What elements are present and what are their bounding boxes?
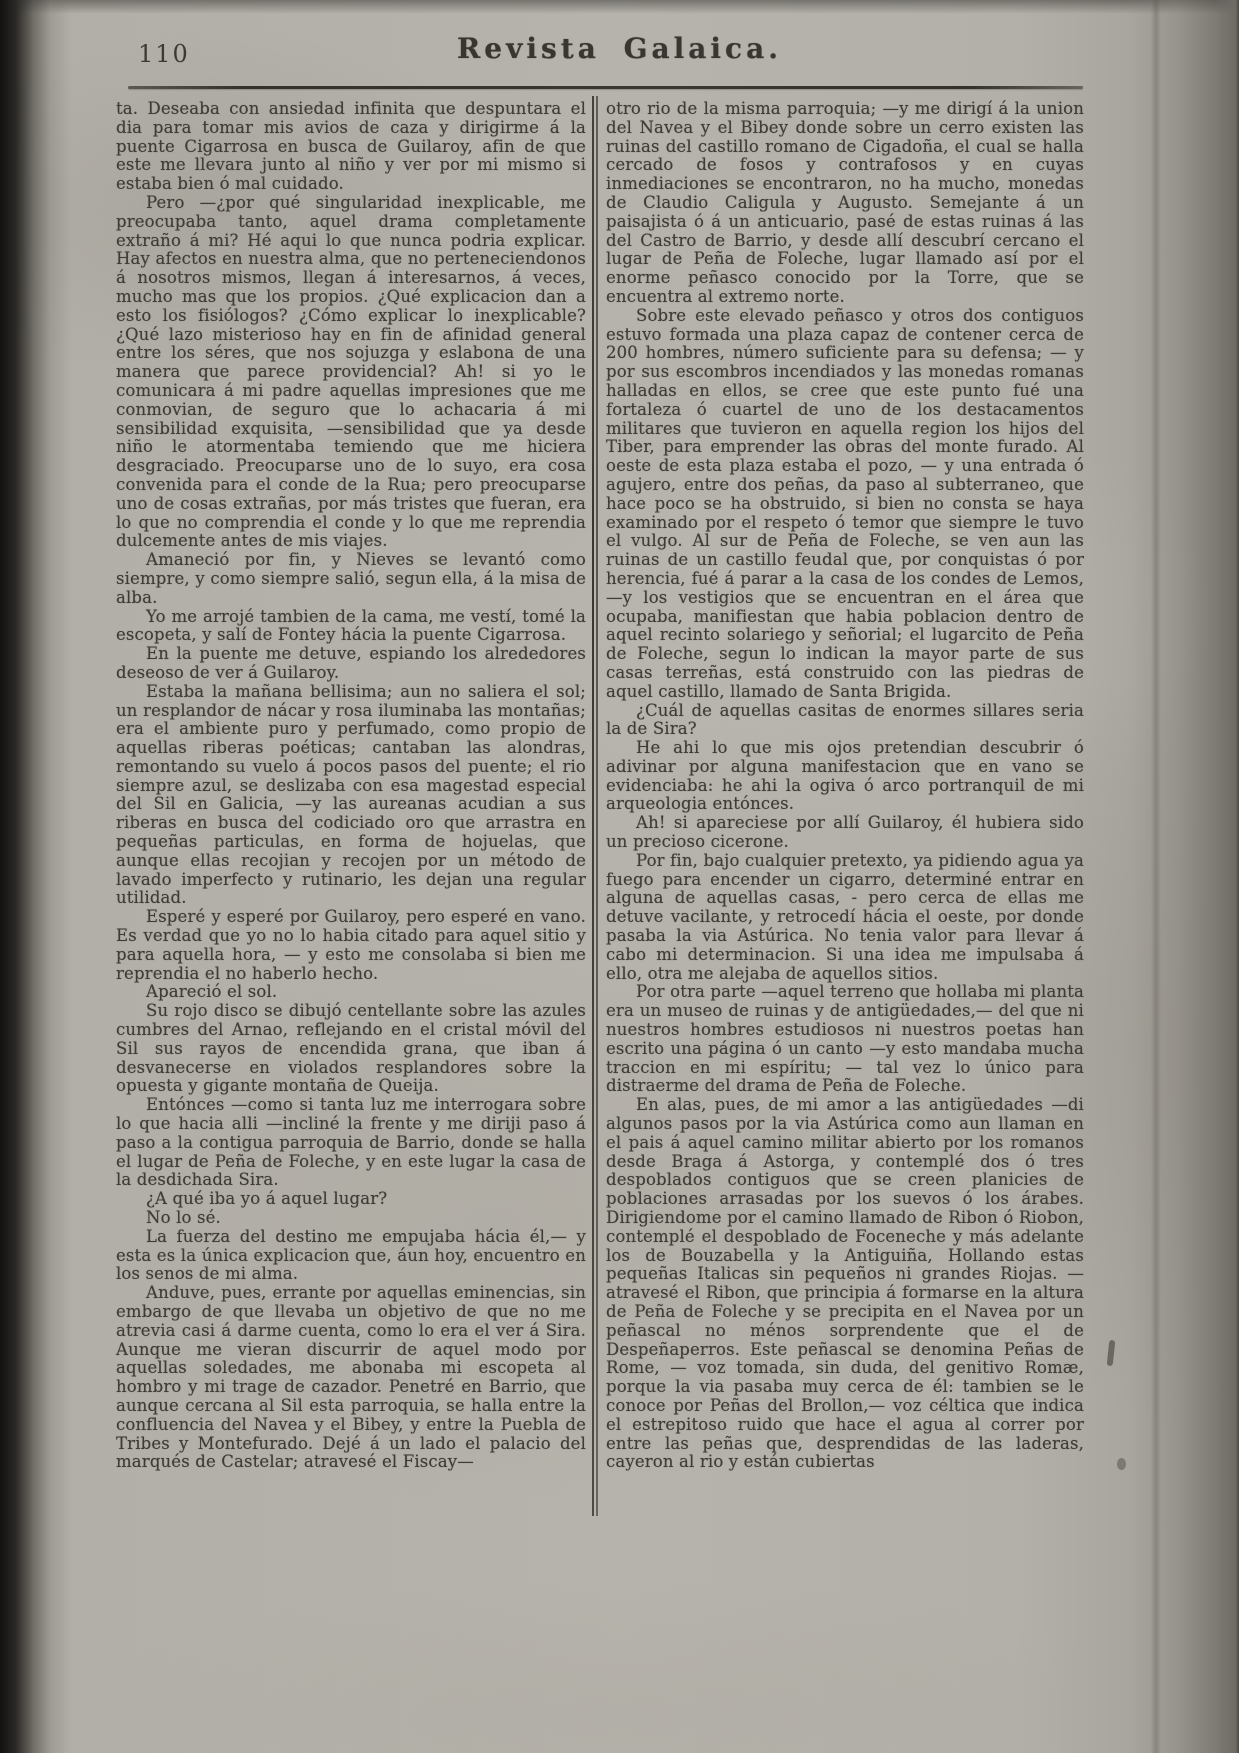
paragraph: En la puente me detuve, espiando los alr… <box>116 645 586 683</box>
binding-shadow <box>0 0 70 1753</box>
paragraph: Estaba la mañana bellisima; aun no salie… <box>116 683 586 909</box>
paragraph: Por fin, bajo cualquier pretexto, ya pid… <box>606 852 1084 984</box>
paragraph: Anduve, pues, errante por aquellas emine… <box>116 1284 586 1472</box>
paragraph: Yo me arrojé tambien de la cama, me vest… <box>116 608 586 646</box>
scan-top-shadow <box>0 0 1239 14</box>
scanned-page: 110 Revista Galaica. ta. Deseaba con ans… <box>0 0 1239 1753</box>
paragraph: Su rojo disco se dibujó centellante sobr… <box>116 1002 586 1096</box>
ink-smudge <box>1117 1458 1126 1470</box>
header-rule <box>128 86 1083 89</box>
paragraph: Por otra parte —aquel terreno que hollab… <box>606 983 1084 1096</box>
paragraph: Apareció el sol. <box>116 983 586 1002</box>
paragraph: Amaneció por fin, y Nieves se levantó co… <box>116 551 586 607</box>
column-divider <box>592 96 598 1516</box>
paragraph: Ah! si apareciese por allí Guilaroy, él … <box>606 814 1084 852</box>
ink-smudge <box>1107 1340 1116 1366</box>
page-header: 110 Revista Galaica. <box>0 30 1239 90</box>
paragraph: En alas, pues, de mi amor a las antigüed… <box>606 1096 1084 1472</box>
paragraph: ¿A qué iba yo á aquel lugar? <box>116 1190 586 1209</box>
paragraph: No lo sé. <box>116 1209 586 1228</box>
paragraph: ta. Deseaba con ansiedad infinita que de… <box>116 100 586 194</box>
paragraph: Esperé y esperé por Guilaroy, pero esper… <box>116 908 586 983</box>
paragraph: Sobre este elevado peñasco y otros dos c… <box>606 307 1084 702</box>
paragraph: La fuerza del destino me empujaba hácia … <box>116 1228 586 1284</box>
paragraph: Entónces —como si tanta luz me interroga… <box>116 1096 586 1190</box>
paragraph: Pero —¿por qué singularidad inexplicable… <box>116 194 586 551</box>
left-column: ta. Deseaba con ansiedad infinita que de… <box>116 100 586 1472</box>
paragraph: otro rio de la misma parroquia; —y me di… <box>606 100 1084 307</box>
journal-title: Revista Galaica. <box>0 32 1239 65</box>
page-crease <box>1151 0 1161 1753</box>
right-column: otro rio de la misma parroquia; —y me di… <box>606 100 1084 1472</box>
paragraph: ¿Cuál de aquellas casitas de enormes sil… <box>606 702 1084 740</box>
paragraph: He ahi lo que mis ojos pretendian descub… <box>606 739 1084 814</box>
page-edge-right <box>1129 0 1239 1753</box>
